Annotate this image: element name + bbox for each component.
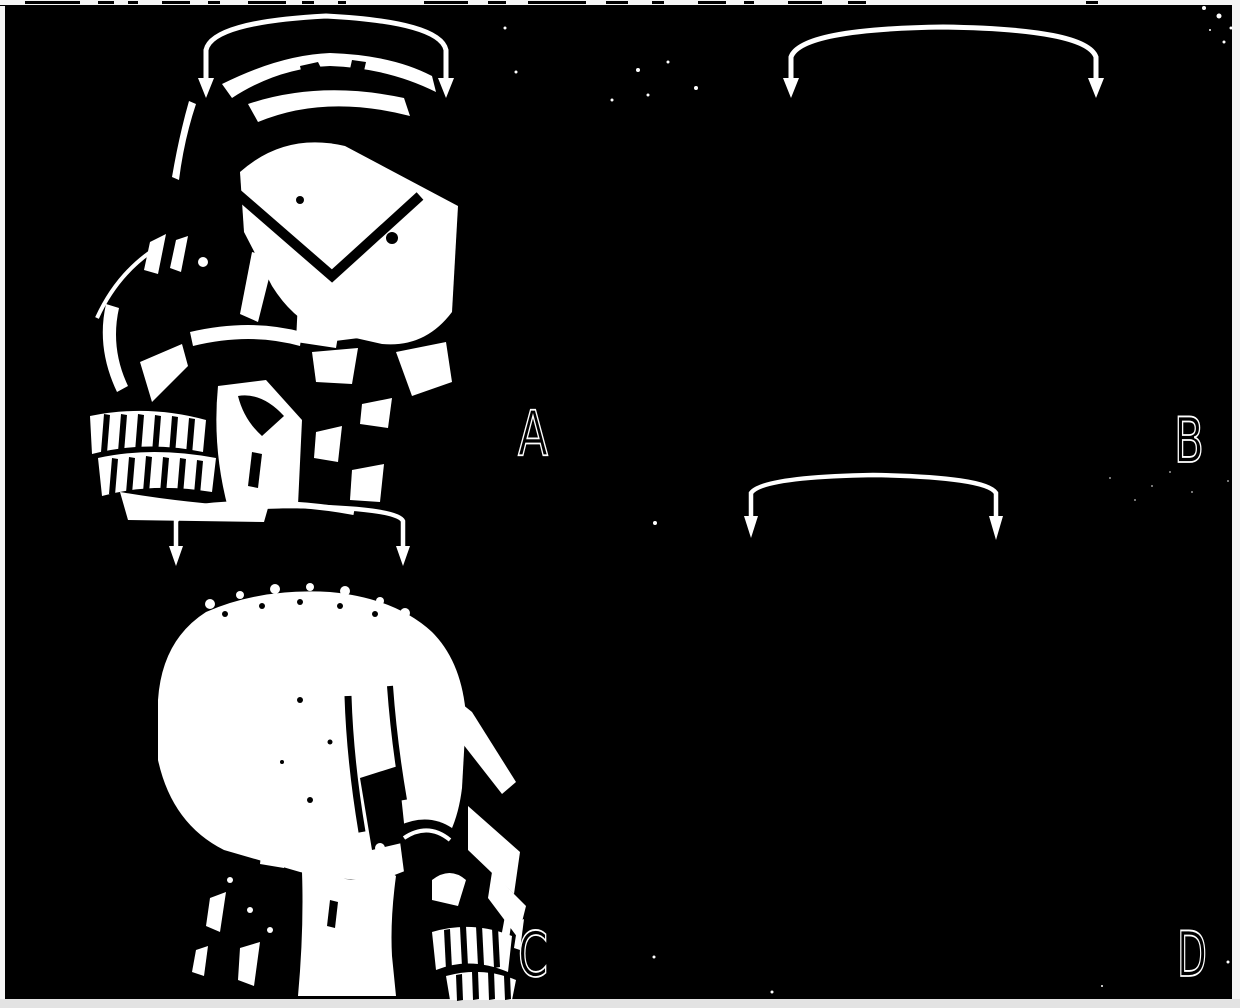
figure-graphics: A B C D bbox=[0, 0, 1240, 1008]
panel-b-label: B bbox=[1174, 404, 1204, 477]
panel-d-label: D bbox=[1177, 918, 1207, 991]
figure-canvas: A B C D bbox=[0, 0, 1240, 1008]
panel-c-label: C bbox=[518, 918, 548, 991]
panel-a-label: A bbox=[518, 397, 548, 470]
